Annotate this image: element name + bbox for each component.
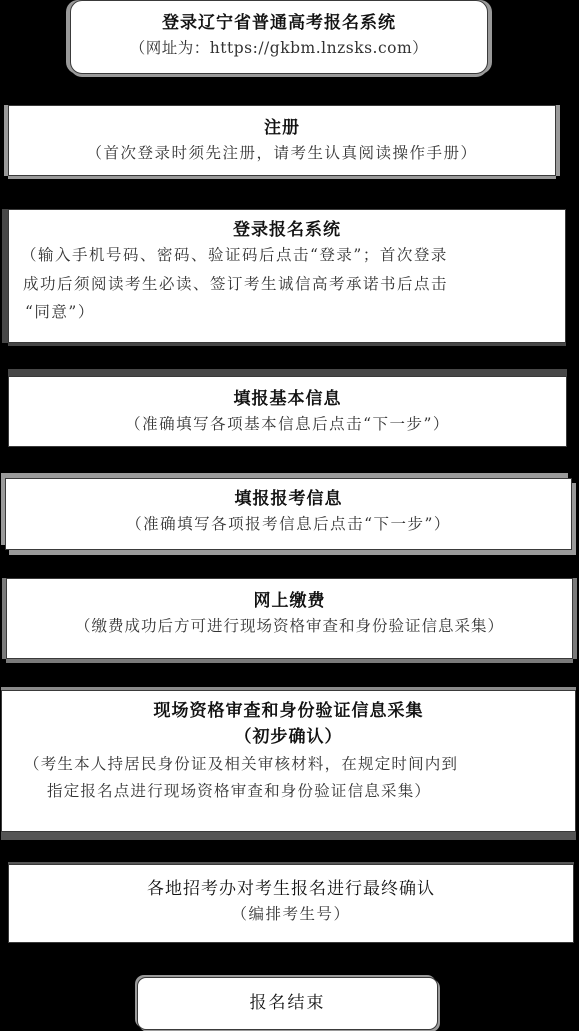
step-subtitle: （缴费成功后方可进行现场资格审查和身份验证信息采集） (7, 613, 572, 640)
step-title: 登录辽宁省普通高考报名系统 (71, 11, 487, 35)
step-subtitle: （准确填写各项基本信息后点击“下一步”） (9, 411, 566, 438)
step-fill-basic-info: 填报基本信息 （准确填写各项基本信息后点击“下一步”） (8, 376, 567, 447)
step-subtitle-line: （考生本人持居民身份证及相关审核材料，在规定时间内到 (2, 751, 575, 778)
step-end: 报名结束 (137, 977, 438, 1030)
step-title: 登录报名系统 (9, 218, 565, 242)
step-title: 报名结束 (138, 991, 437, 1015)
step-subtitle: （首次登录时须先注册，请考生认真阅读操作手册） (9, 140, 555, 167)
step-final-confirmation: 各地招考办对考生报名进行最终确认 （编排考生号） (8, 864, 574, 943)
step-register: 注册 （首次登录时须先注册，请考生认真阅读操作手册） (8, 105, 556, 176)
step-title: 各地招考办对考生报名进行最终确认 (9, 877, 573, 901)
step-onsite-review: 现场资格审查和身份验证信息采集 （初步确认） （考生本人持居民身份证及相关审核材… (1, 690, 576, 832)
step-start-login-system: 登录辽宁省普通高考报名系统 （网址为：https://gkbm.lnzsks.c… (70, 0, 488, 74)
step-title-secondary: （初步确认） (2, 723, 575, 751)
step-subtitle: （网址为：https://gkbm.lnzsks.com） (71, 35, 487, 62)
step-subtitle-line: “同意”） (9, 299, 565, 326)
step-title: 填报基本信息 (9, 387, 566, 411)
step-login-registration-system: 登录报名系统 （输入手机号码、密码、验证码后点击“登录”；首次登录 成功后须阅读… (8, 209, 566, 343)
step-online-payment: 网上缴费 （缴费成功后方可进行现场资格审查和身份验证信息采集） (6, 578, 573, 659)
step-fill-application-info: 填报报考信息 （准确填写各项报考信息后点击“下一步”） (5, 478, 572, 550)
step-title: 现场资格审查和身份验证信息采集 (2, 699, 575, 723)
step-subtitle: （准确填写各项报考信息后点击“下一步”） (6, 511, 571, 538)
step-title: 网上缴费 (7, 589, 572, 613)
step-title: 填报报考信息 (6, 487, 571, 511)
step-subtitle-line: （输入手机号码、密码、验证码后点击“登录”；首次登录 (9, 242, 565, 269)
step-subtitle-line: 成功后须阅读考生必读、签订考生诚信高考承诺书后点击 (9, 269, 565, 299)
step-title: 注册 (9, 116, 555, 140)
step-subtitle: （编排考生号） (9, 901, 573, 928)
connector-arrow (283, 74, 289, 79)
step-subtitle-line: 指定报名点进行现场资格审查和身份验证信息采集） (2, 778, 575, 805)
